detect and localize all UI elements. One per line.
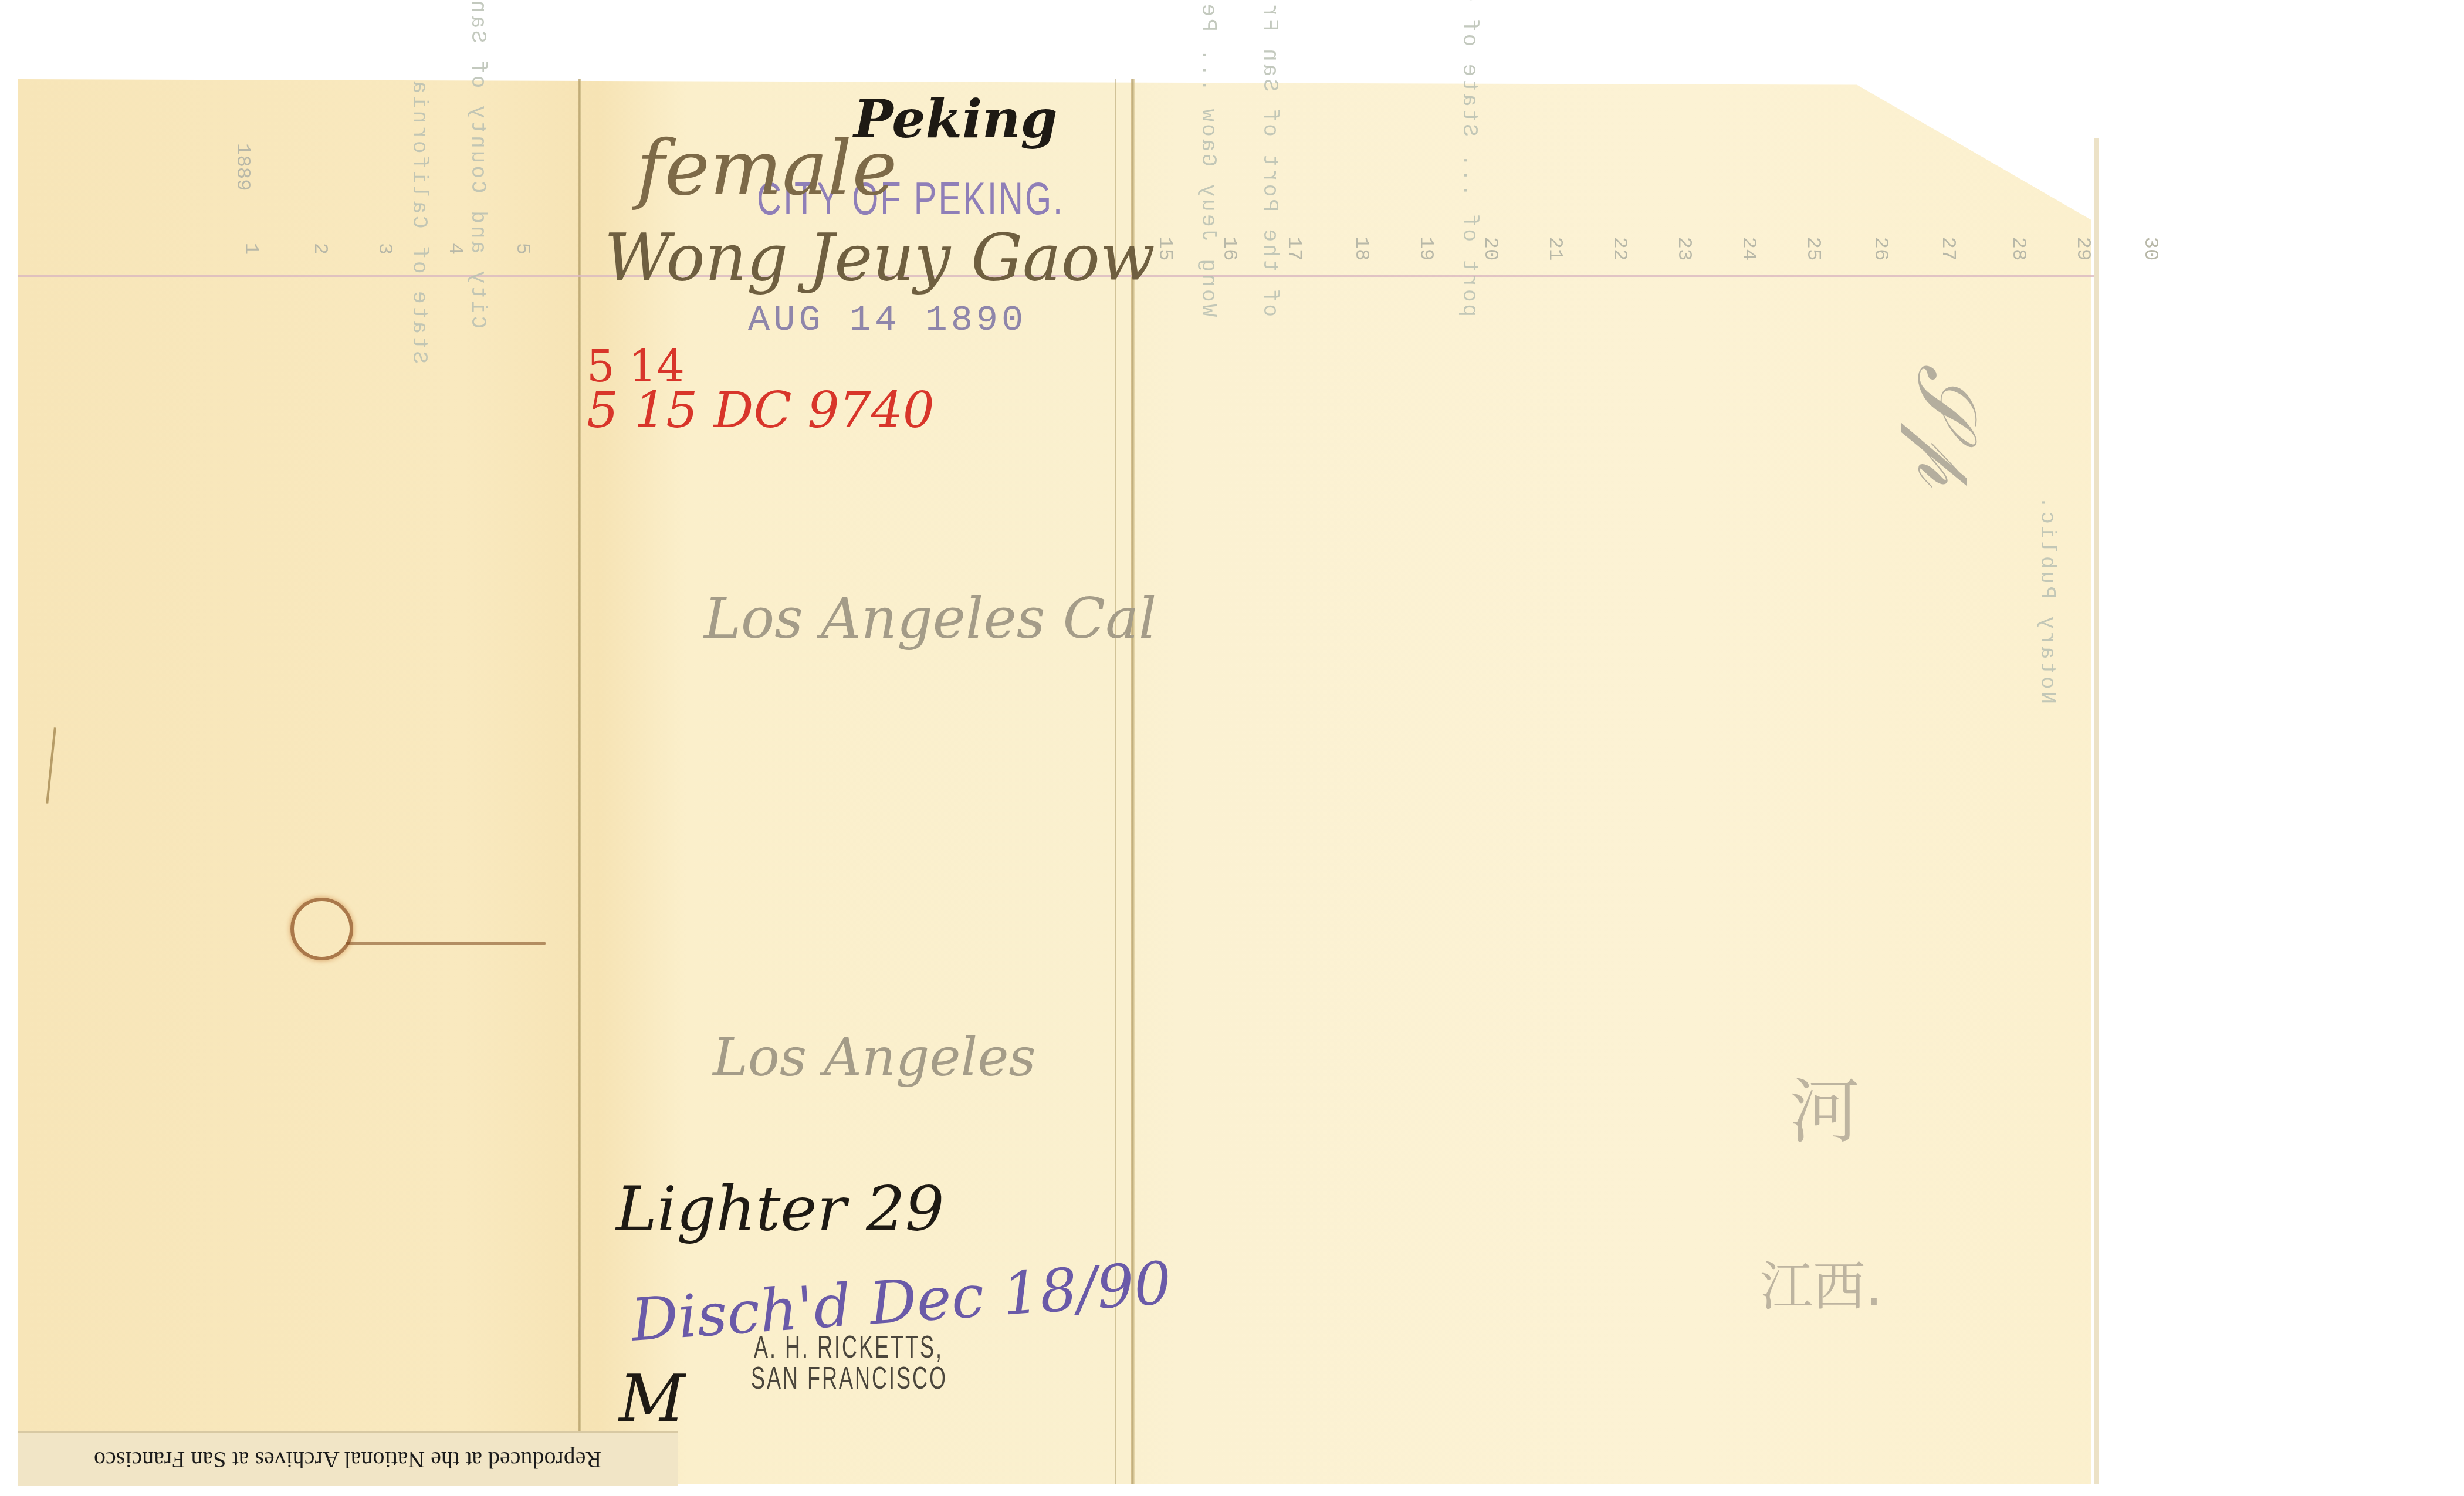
- red-note-line2: 5 15 DC 9740: [587, 381, 935, 439]
- row-number: 28: [2007, 234, 2029, 263]
- bleed-through-line: State of California: [407, 79, 431, 364]
- bleed-through-line: Wong Jeuy Gaow ... Peking ... duly sworn: [1196, 0, 1220, 317]
- archive-label: Reproduced at the National Archives at S…: [18, 1431, 678, 1486]
- row-number: 25: [1802, 234, 1824, 263]
- rust-stain: [290, 898, 353, 960]
- handwritten-origin-1: Los Angeles Cal: [704, 587, 1156, 651]
- rust-stain-tail: [346, 942, 546, 945]
- row-number: 26: [1869, 234, 1891, 263]
- chinese-pencil-mark-2: 江西.: [1760, 1244, 1883, 1320]
- paper-right-edge: [2094, 138, 2099, 1484]
- bleed-through-line: of the Port of San Francisco.: [1258, 0, 1282, 317]
- row-number: 3: [373, 234, 395, 263]
- row-number: 5: [511, 234, 533, 263]
- row-number: 17: [1282, 234, 1305, 263]
- pencil-signature: 𝒮𝓅: [1898, 364, 1995, 486]
- handwritten-origin-2: Los Angeles: [713, 1027, 1036, 1088]
- row-number: 16: [1218, 234, 1240, 263]
- date-stamp: AUG 14 1890: [748, 299, 1027, 341]
- row-number: 24: [1737, 234, 1759, 263]
- row-number: 4: [444, 234, 466, 263]
- row-number: 29: [2072, 234, 2094, 263]
- fold-line-left: [578, 79, 581, 1484]
- row-number: 19: [1414, 234, 1437, 263]
- handwritten-name: Wong Jeuy Gaow: [604, 220, 1155, 295]
- bleed-through-line: Notary Public.: [2035, 494, 2059, 704]
- agent-stamp-line2: SAN FRANCISCO: [751, 1360, 947, 1397]
- row-number: 21: [1544, 234, 1566, 263]
- row-number: 30: [2139, 234, 2161, 263]
- handwritten-sex: female: [637, 123, 897, 212]
- row-number: 15: [1153, 234, 1176, 263]
- row-number: 1: [239, 234, 262, 263]
- bleed-through-line: port of ... State of California: [1457, 0, 1481, 317]
- handwritten-lighter-note: Lighter 29: [616, 1173, 945, 1245]
- row-number: 22: [1608, 234, 1630, 263]
- row-number: 23: [1673, 234, 1695, 263]
- handwritten-initials: M: [619, 1361, 685, 1436]
- row-number: 20: [1479, 234, 1501, 263]
- row-number: 18: [1350, 234, 1372, 263]
- row-number: 27: [1937, 234, 1959, 263]
- row-number: 2: [309, 234, 331, 263]
- archive-label-text: Reproduced at the National Archives at S…: [94, 1446, 601, 1474]
- printed-year: 1889: [231, 143, 253, 172]
- bleed-through-line: City and County of San Francisco: [466, 0, 490, 329]
- chinese-pencil-mark-1: 河: [1789, 1056, 1860, 1157]
